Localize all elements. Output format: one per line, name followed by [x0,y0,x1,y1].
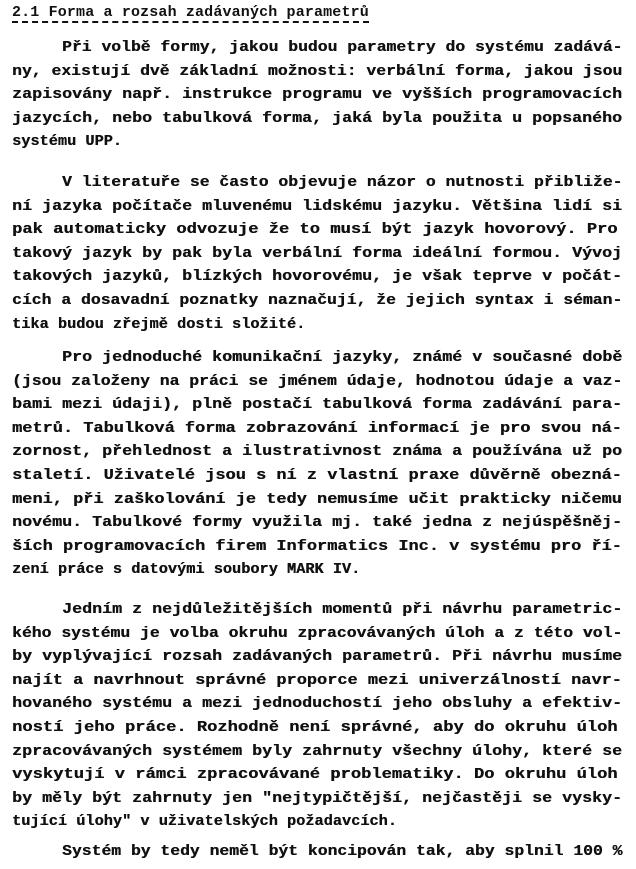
text-line: systému UPP. [12,132,122,150]
text-line: najít a navrhnout správné proporce mezi … [12,671,622,689]
text-line: ších programovacích firem Informatics In… [12,537,622,555]
text-line: Systém by tedy neměl být koncipován tak,… [62,842,622,860]
text-line: zení práce s datovými soubory MARK IV. [12,560,360,578]
text-line: tující úlohy" v uživatelských požadavcíc… [12,812,397,830]
text-line: V literatuře se často objevuje názor o n… [62,173,622,191]
text-line: zornost, přehlednost a ilustrativnost zn… [12,442,622,460]
text-line: cích a dosavadní poznatky naznačují, že … [12,291,622,309]
text-line: (jsou založeny na práci se jménem údaje,… [12,372,622,390]
section-title: 2.1 Forma a rozsah zadávaných parametrů [12,4,369,23]
text-line: metrů. Tabulková forma zobrazování infor… [12,419,622,437]
text-line: by měly být zahrnuty jen "nejtypičtější,… [12,789,622,807]
text-line: ní jazyka počítače mluvenému lidskému ja… [12,197,622,215]
text-line: ny, existují dvě základní možnosti: verb… [12,62,622,80]
text-line: meni, při zaškolování je tedy nemusíme u… [12,490,622,508]
text-line: novému. Tabulkové formy využila mj. také… [12,513,622,531]
text-line: by vyplývající rozsah zadávaných paramet… [12,647,622,665]
text-line: jazycích, nebo tabulková forma, jaká byl… [12,109,622,127]
text-line: zpracovávaných systémem byly zahrnuty vš… [12,742,622,760]
text-line: Jedním z nejdůležitějších momentů při ná… [62,600,622,618]
text-line: kého systému je volba okruhu zpracovávan… [12,624,622,642]
text-line: vyskytují v rámci zpracovávané problemat… [12,765,618,783]
text-line: hovaného systému a mezi jednoduchostí je… [12,694,622,712]
text-line: ností jeho práce. Rozhodně není správné,… [12,718,618,736]
text-line: staletí. Uživatelé jsou s ní z vlastní p… [12,466,622,484]
text-line: Pro jednoduché komunikační jazyky, známé… [62,348,622,366]
text-line: takových jazyků, blízkých hovorovému, je… [12,267,622,285]
text-line: Při volbě formy, jakou budou parametry d… [62,38,622,56]
text-line: pak automaticky odvozuje že to musí být … [12,220,618,238]
text-line: bami mezi údaji), plně postačí tabulková… [12,395,622,413]
text-line: takový jazyk by pak byla verbální forma … [12,244,622,262]
text-line: zapisovány např. instrukce programu ve v… [12,85,622,103]
text-line: tika budou zřejmě dosti složité. [12,315,305,333]
